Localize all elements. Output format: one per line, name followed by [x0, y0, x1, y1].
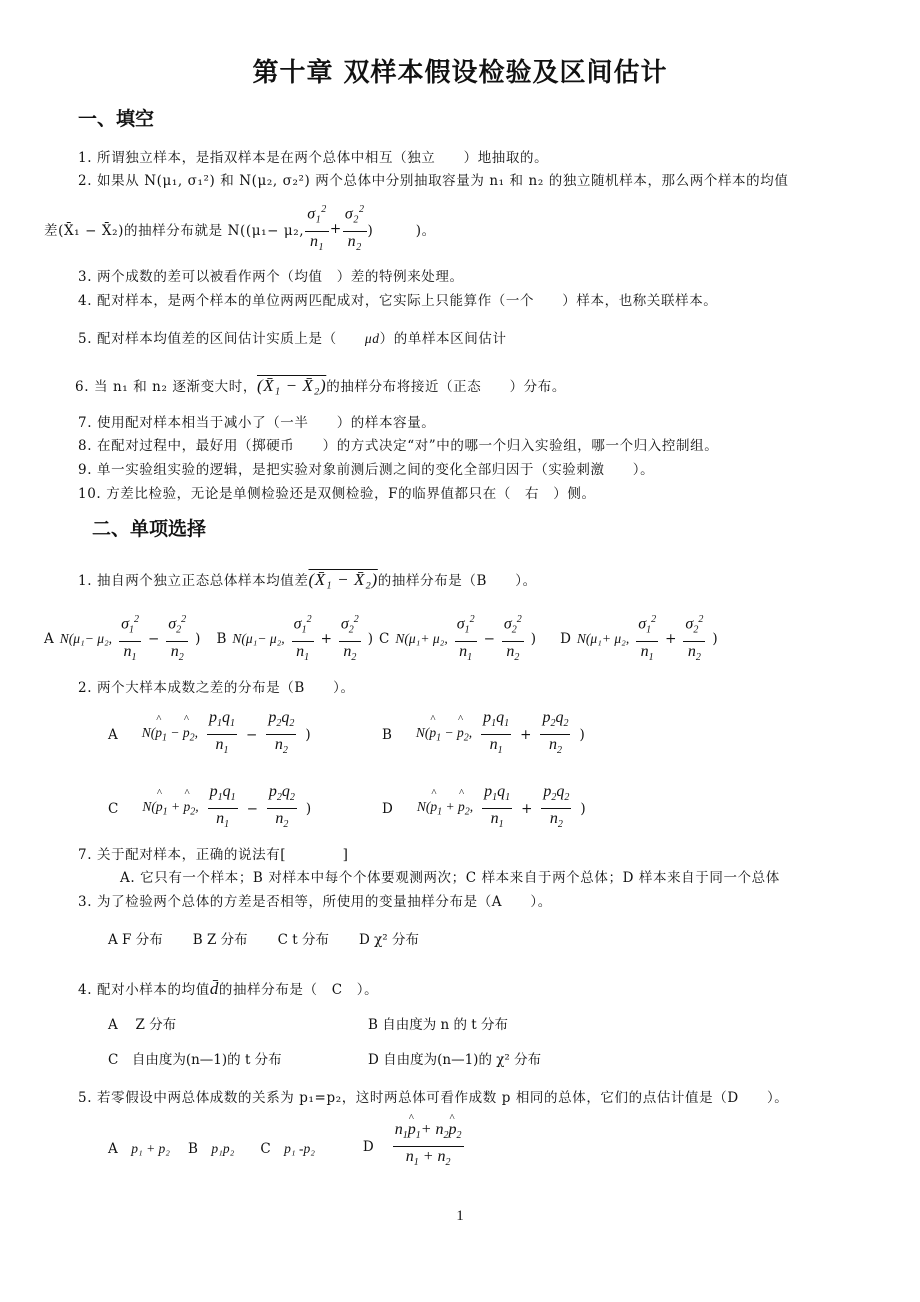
formula-fraction: σ22n2 — [502, 610, 524, 668]
choice-question-2-option-c: C N(p1 + p2, p1q1n1−p2q2n2) — [108, 782, 311, 835]
fill-item-2-line1: 2. 如果从 N(μ₁, σ₁²) 和 N(μ₂, σ₂²) 两个总体中分别抽取… — [78, 169, 788, 189]
choice-question-7-options: A. 它只有一个样本；B 对样本中每个个体要观测两次；C 样本来自于两个总体；D… — [120, 866, 780, 886]
question-text: 的抽样分布是（ C ）。 — [219, 982, 378, 998]
choice-question-4: 4. 配对小样本的均值d̄的抽样分布是（ C ）。 — [78, 978, 378, 999]
formula-fraction: σ12n1 — [305, 200, 329, 258]
question-number: 5. — [78, 1090, 92, 1106]
question-text: 为了检验两个总体的方差是否相等，所使用的变量抽样分布是（A ）。 — [97, 894, 552, 910]
option-label: A — [108, 727, 118, 743]
fill-item-5: 5. 配对样本均值差的区间估计实质上是（ μd）的单样本区间估计 — [78, 327, 507, 347]
item-text: 使用配对样本相当于减小了（一半 ）的样本容量。 — [97, 415, 435, 431]
option-d: D χ² 分布 — [359, 928, 419, 948]
formula-fraction: σ12n1 — [292, 610, 314, 668]
formula-fraction: p1q1n1 — [482, 782, 512, 835]
choice-question-3: 3. 为了检验两个总体的方差是否相等，所使用的变量抽样分布是（A ）。 — [78, 890, 552, 910]
question-number: 4. — [78, 982, 92, 998]
fill-item-10: 10. 方差比检验，无论是单侧检验还是双侧检验，F的临界值都只在（ 右 ）侧。 — [78, 482, 596, 502]
question-text: 两个大样本成数之差的分布是（B ）。 — [97, 680, 355, 696]
fill-item-7: 7. 使用配对样本相当于减小了（一半 ）的样本容量。 — [78, 411, 435, 431]
option-label: D — [560, 631, 571, 647]
formula-fraction: σ12n1 — [455, 610, 477, 668]
formula-fraction: n1p1+ n2p2n1 + n2 — [393, 1120, 464, 1173]
item-number: 1. — [78, 150, 92, 166]
math-expression: μd — [365, 331, 380, 346]
item-number: 4. — [78, 293, 92, 309]
formula-fraction: p2q2n2 — [540, 708, 570, 761]
formula-fraction: σ22n2 — [683, 610, 705, 668]
question-text: 配对小样本的均值 — [97, 982, 210, 998]
item-text: ）的单样本区间估计 — [380, 331, 507, 347]
question-number: 7. — [78, 847, 92, 863]
item-text: 当 n₁ 和 n₂ 逐渐变大时， — [94, 379, 257, 395]
formula-fraction: p2q2n2 — [541, 782, 571, 835]
choice-question-4-option-a: A Z 分布 — [108, 1013, 176, 1033]
item-text: ) )。 — [368, 219, 436, 239]
math-expression: (X̄₁ − X̄₂) — [309, 570, 378, 589]
option-c: C p₁ -p₂ — [260, 1137, 315, 1157]
option-label: B — [382, 727, 392, 743]
option-expression: N(μ₁− μ₂, — [232, 631, 284, 647]
item-text: 差(X̄₁ − X̄₂)的抽样分布就是 N((μ₁− μ₂, — [44, 219, 304, 239]
formula-fraction: p1q1n1 — [207, 708, 237, 761]
option-label: C — [379, 631, 389, 647]
option-b: B Z 分布 — [193, 928, 248, 948]
math-expression: (X̄₁ − X̄₂) — [257, 376, 326, 395]
option-d: D n1p1+ n2p2n1 + n2 — [363, 1120, 465, 1173]
option-label: C — [108, 801, 118, 817]
section-heading-fill-blank: 一、填空 — [78, 104, 154, 131]
fill-item-4: 4. 配对样本，是两个样本的单位两两匹配成对，它实际上只能算作（一个 ）样本，也… — [78, 289, 717, 309]
question-text: 的抽样分布是（B ）。 — [378, 573, 537, 589]
choice-question-3-options: A F 分布 B Z 分布 C t 分布 D χ² 分布 — [108, 928, 419, 948]
item-number: 2. — [78, 173, 92, 189]
item-text: 的抽样分布将接近（正态 ）分布。 — [326, 379, 566, 395]
question-text: 抽自两个独立正态总体样本均值差 — [97, 573, 309, 589]
question-number: 1. — [78, 573, 92, 589]
item-text: 如果从 N(μ₁, σ₁²) 和 N(μ₂, σ₂²) 两个总体中分别抽取容量为… — [97, 173, 788, 189]
fill-item-9: 9. 单一实验组实验的逻辑，是把实验对象前测后测之间的变化全部归因于（实验刺激 … — [78, 458, 654, 478]
page-number: 1 — [0, 1208, 920, 1225]
formula-fraction: p1q1n1 — [208, 782, 238, 835]
fill-item-1: 1. 所谓独立样本，是指双样本是在两个总体中相互（独立 ）地抽取的。 — [78, 146, 548, 166]
item-text: 两个成数的差可以被看作两个（均值 ）差的特例来处理。 — [97, 269, 464, 285]
option-label: D — [382, 801, 393, 817]
question-text: 关于配对样本，正确的说法有[ ] — [97, 847, 348, 863]
item-text: 单一实验组实验的逻辑，是把实验对象前测后测之间的变化全部归因于（实验刺激 ）。 — [97, 462, 654, 478]
choice-question-2: 2. 两个大样本成数之差的分布是（B ）。 — [78, 676, 355, 696]
choice-question-5-options: A p₁ + p₂ B p₁p₂ C p₁ -p₂ D n1p1+ n2p2n1… — [108, 1120, 465, 1173]
item-number: 10. — [78, 486, 101, 502]
item-number: 3. — [78, 269, 92, 285]
fill-item-2-line2: 差(X̄₁ − X̄₂)的抽样分布就是 N((μ₁− μ₂, σ12n1+ σ2… — [44, 200, 436, 258]
item-number: 8. — [78, 438, 92, 454]
page-title: 第十章 双样本假设检验及区间估计 — [0, 52, 920, 89]
item-number: 7. — [78, 415, 92, 431]
item-number: 6. — [75, 379, 89, 395]
choice-question-2-option-b: B N(p1 − p2, p1q1n1+p2q2n2) — [382, 708, 585, 761]
formula-fraction: σ22n2 — [339, 610, 361, 668]
item-number: 5. — [78, 331, 92, 347]
item-text: 所谓独立样本，是指双样本是在两个总体中相互（独立 ）地抽取的。 — [97, 150, 548, 166]
option-a: A p₁ + p₂ — [108, 1137, 170, 1157]
choice-question-1: 1. 抽自两个独立正态总体样本均值差(X̄₁ − X̄₂)的抽样分布是（B ）。 — [78, 569, 537, 590]
formula-fraction: σ22n2 — [166, 610, 188, 668]
option-b: B p₁p₂ — [188, 1137, 234, 1157]
formula-fraction: σ12n1 — [636, 610, 658, 668]
choice-question-4-option-c: C 自由度为(n—1)的 t 分布 — [108, 1048, 282, 1068]
option-c: C t 分布 — [278, 928, 329, 948]
item-text: 配对样本，是两个样本的单位两两匹配成对，它实际上只能算作（一个 ）样本，也称关联… — [97, 293, 717, 309]
choice-question-4-option-d: D 自由度为(n—1)的 χ² 分布 — [368, 1048, 541, 1068]
section-heading-multiple-choice: 二、单项选择 — [92, 514, 206, 541]
option-expression: N(μ₁+ μ₂, — [395, 631, 447, 647]
option-expression: N(μ₁− μ₂, — [60, 631, 112, 647]
formula-fraction: p2q2n2 — [266, 708, 296, 761]
fill-item-6: 6. 当 n₁ 和 n₂ 逐渐变大时，(X̄₁ − X̄₂)的抽样分布将接近（正… — [75, 375, 566, 396]
choice-question-4-option-b: B 自由度为 n 的 t 分布 — [368, 1013, 508, 1033]
choice-question-2-option-d: D N(p1 + p2, p1q1n1+p2q2n2) — [382, 782, 586, 835]
choice-question-7: 7. 关于配对样本，正确的说法有[ ] — [78, 843, 348, 863]
question-number: 3. — [78, 894, 92, 910]
formula-fraction: p1q1n1 — [481, 708, 511, 761]
math-expression: d̄ — [210, 979, 219, 998]
fill-item-8: 8. 在配对过程中，最好用（掷硬币 ）的方式决定“对”中的哪一个归入实验组，哪一… — [78, 434, 718, 454]
item-text: 方差比检验，无论是单侧检验还是双侧检验，F的临界值都只在（ 右 ）侧。 — [106, 486, 595, 502]
choice-question-1-options: A N(μ₁− μ₂, σ12n1−σ22n2) B N(μ₁− μ₂, σ12… — [44, 610, 718, 668]
choice-question-5: 5. 若零假设中两总体成数的关系为 p₁=p₂，这时两总体可看作成数 p 相同的… — [78, 1086, 788, 1106]
item-number: 9. — [78, 462, 92, 478]
option-label: B — [216, 631, 226, 647]
option-a: A F 分布 — [108, 928, 163, 948]
fill-item-3: 3. 两个成数的差可以被看作两个（均值 ）差的特例来处理。 — [78, 265, 464, 285]
choice-question-2-option-a: A N(p1 − p2, p1q1n1−p2q2n2) — [108, 708, 311, 761]
item-text: 配对样本均值差的区间估计实质上是（ — [97, 331, 365, 347]
question-number: 2. — [78, 680, 92, 696]
item-text: 在配对过程中，最好用（掷硬币 ）的方式决定“对”中的哪一个归入实验组，哪一个归入… — [97, 438, 718, 454]
formula-fraction: σ22n2 — [343, 200, 367, 258]
formula-fraction: p2q2n2 — [267, 782, 297, 835]
option-label: A — [44, 631, 54, 647]
question-text: 若零假设中两总体成数的关系为 p₁=p₂，这时两总体可看作成数 p 相同的总体，… — [97, 1090, 788, 1106]
option-expression: N(μ₁+ μ₂, — [577, 631, 629, 647]
formula-fraction: σ12n1 — [119, 610, 141, 668]
